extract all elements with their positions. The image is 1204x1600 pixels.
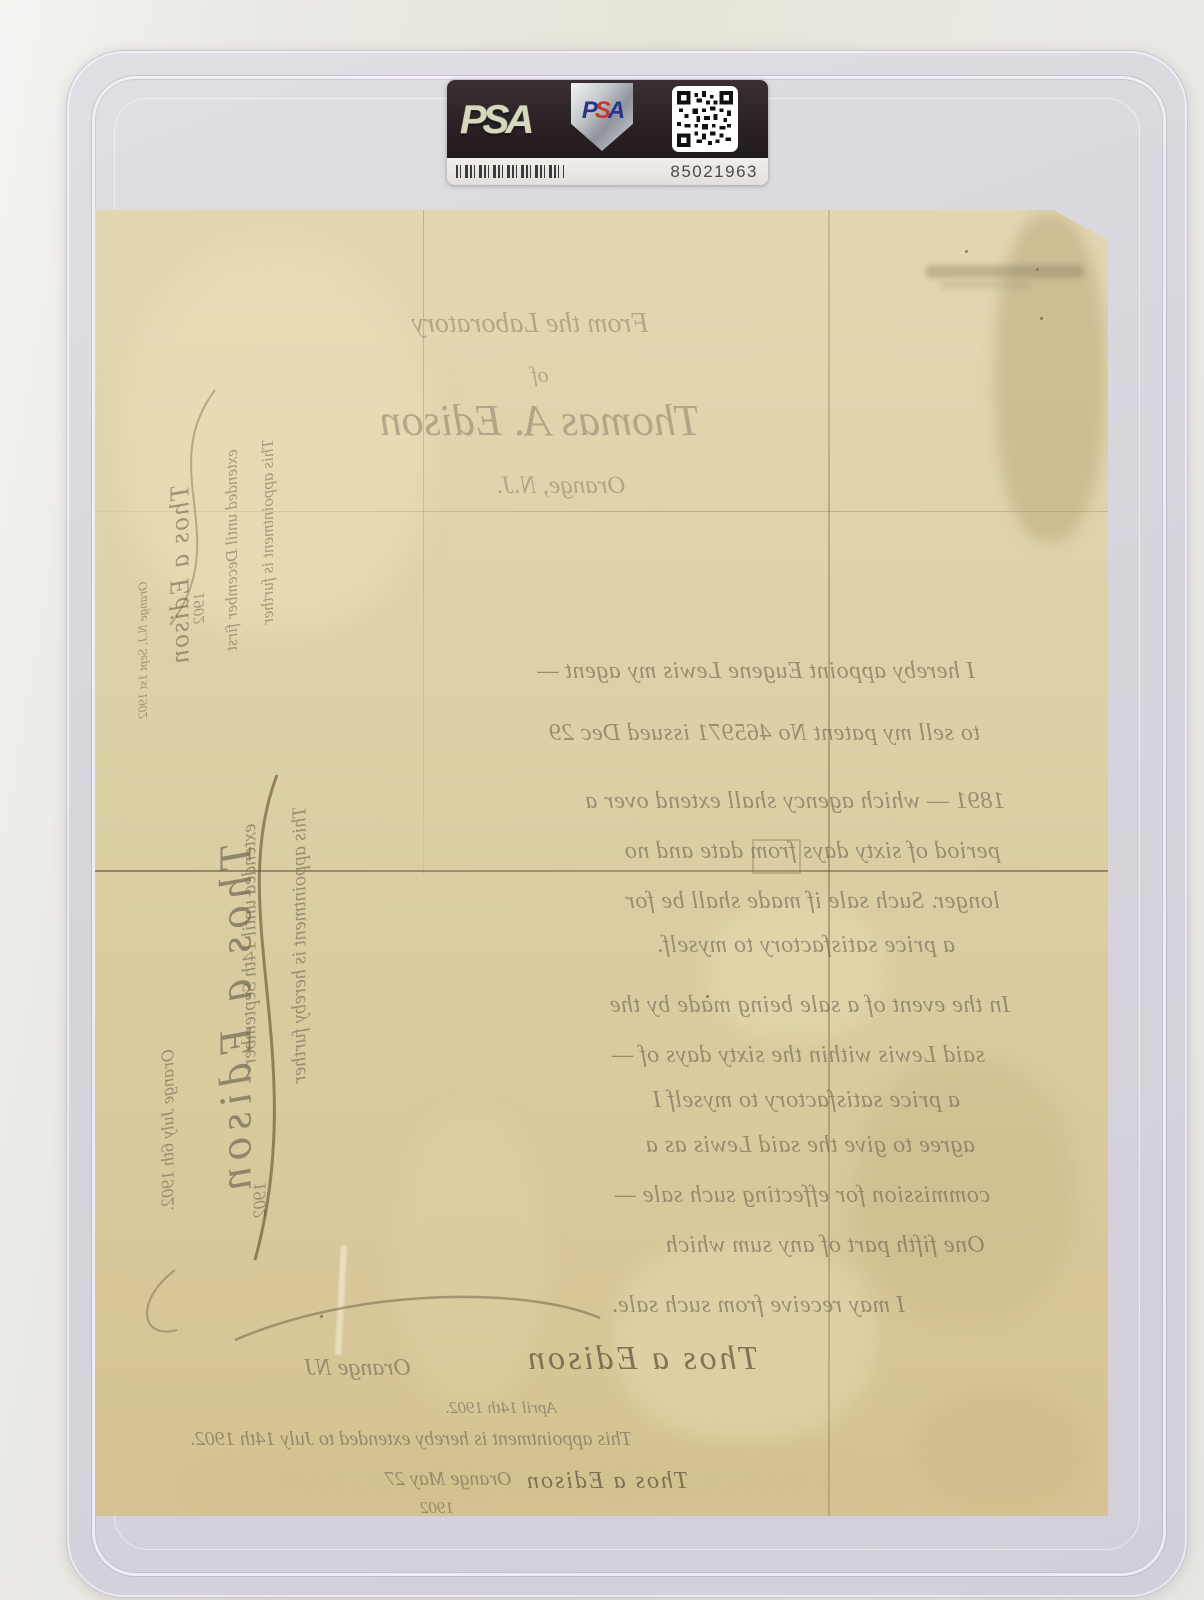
qr-code-icon xyxy=(672,86,738,152)
psa-label: PSA PSA xyxy=(447,80,768,185)
extension-july-year: 1902 xyxy=(420,1498,454,1518)
handwriting-line: I hereby appoint Eugene Lewis my agent — xyxy=(553,658,975,685)
paper-speck xyxy=(1040,317,1043,320)
extension-december-line-1: This appointment is further xyxy=(258,439,278,625)
signoff-place: Orange NJ xyxy=(305,1355,411,1382)
handwriting-line: commission for effecting such sale — xyxy=(540,1182,990,1209)
cert-number: 85021963 xyxy=(670,162,758,182)
extension-september-place: Orange July 6th 1902. xyxy=(158,1049,179,1211)
letterhead-line-3: Thomas A. Edison xyxy=(310,395,770,446)
extension-december-line-2: extended until December first xyxy=(222,449,242,651)
handwriting-line: longer. Such sale if made shall be for xyxy=(540,888,1000,915)
paper-stain xyxy=(915,1390,1085,1510)
extension-september-signature: Thos a Edison xyxy=(209,843,262,1197)
shield-letter-a: A xyxy=(608,97,622,124)
handwriting-line: 1891 — which agency shall extend over a xyxy=(545,788,1005,815)
paper-stain xyxy=(395,1110,545,1410)
shield-letter-s: S xyxy=(595,97,608,124)
psa-shield-icon: PSA xyxy=(571,83,633,151)
extension-december-signature: Thos a Edison xyxy=(165,485,196,666)
faint-ink-smudge xyxy=(925,265,1085,278)
faint-ink-smudge xyxy=(940,282,1030,288)
handwriting-line: a price satisfactory to myself I xyxy=(545,1087,960,1114)
psa-label-strip: 85021963 xyxy=(447,158,768,185)
extension-december-place: Orange N.J. Sept 1st 1902 xyxy=(135,581,151,718)
signoff-date: April 14th 1902. xyxy=(445,1398,557,1418)
edison-signature: Thos a Edison xyxy=(525,1340,759,1378)
psa-shield-letters: PSA xyxy=(571,99,633,123)
handwriting-line: period of sixty days from date and no xyxy=(545,838,1000,865)
shield-letter-p: P xyxy=(582,97,595,124)
paper-speck xyxy=(965,250,968,253)
letterhead-line-1: From the Laboratory xyxy=(380,308,680,340)
handwriting-line: I may receive from such sale. xyxy=(555,1292,905,1319)
fold-line-horizontal xyxy=(95,511,1108,512)
extension-july-signature: Thos a Edison xyxy=(525,1468,688,1495)
psa-label-dark-panel: PSA PSA xyxy=(447,80,768,158)
handwriting-line: to sell my patent No 465971 issued Dec 2… xyxy=(555,720,980,747)
document-back: From the Laboratory of Thomas A. Edison … xyxy=(95,210,1108,1516)
handwriting-line: said Lewis within the sixty days of — xyxy=(545,1042,985,1069)
extension-september-line-1: This appointment is hereby further xyxy=(289,806,312,1083)
handwriting-line: a price satisfactory to myself. xyxy=(585,932,955,959)
extension-july-line: This appointment is hereby extended to J… xyxy=(190,1428,632,1451)
handwriting-line: agree to give the said Lewis as a xyxy=(545,1132,975,1159)
letterhead-line-2: of xyxy=(515,362,565,388)
paper-stain xyxy=(995,212,1105,542)
handwriting-line: One fifth part of any sum which xyxy=(540,1232,985,1259)
extension-july-place: Orange May 27 xyxy=(385,1468,512,1491)
psa-logo: PSA xyxy=(460,100,530,140)
paper-stain xyxy=(705,900,885,1040)
handwriting-line: In the event of a sale being made by the xyxy=(545,992,1010,1019)
letterhead-line-4: Orange, N.J. xyxy=(485,472,637,500)
paper-speck xyxy=(320,1315,323,1318)
paper-crease-scratch xyxy=(335,1245,347,1355)
barcode-icon xyxy=(456,165,564,178)
